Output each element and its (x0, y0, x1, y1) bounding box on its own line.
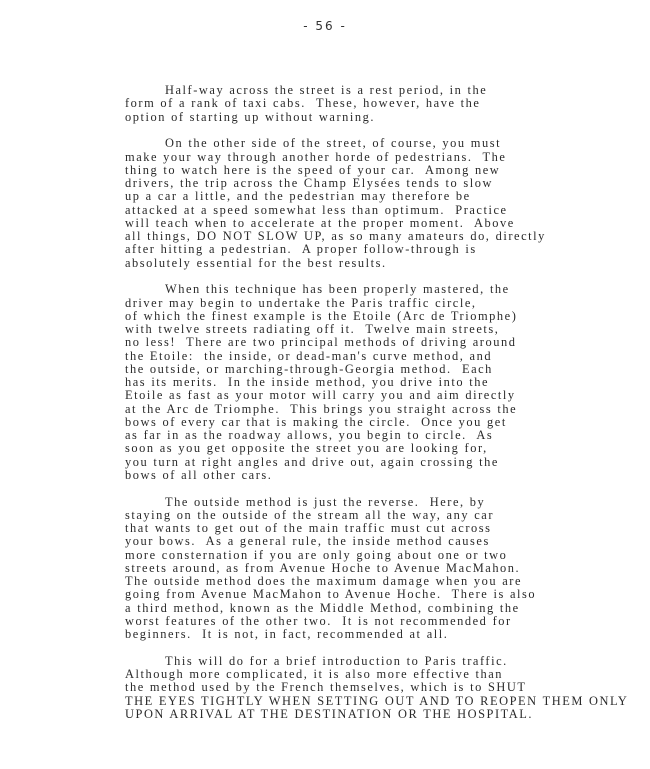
paragraph-etoile: When this technique has been properly ma… (125, 283, 650, 482)
text-line: the outside, or marching-through-Georgia… (125, 363, 650, 376)
paragraph-conclusion: This will do for a brief introduction to… (125, 655, 650, 721)
text-line: the method used by the French themselves… (125, 681, 650, 694)
text-line: attacked at a speed somewhat less than o… (125, 204, 650, 217)
document-body: Half-way across the street is a rest per… (125, 84, 650, 735)
text-line: THE EYES TIGHTLY WHEN SETTING OUT AND TO… (125, 695, 650, 708)
text-line: Although more complicated, it is also mo… (125, 668, 650, 681)
text-line: Half-way across the street is a rest per… (125, 84, 650, 97)
text-line: Etoile as fast as your motor will carry … (125, 389, 650, 402)
text-line: going from Avenue MacMahon to Avenue Hoc… (125, 588, 650, 601)
text-line: When this technique has been properly ma… (125, 283, 650, 296)
text-line: with twelve streets radiating off it. Tw… (125, 323, 650, 336)
text-line: The outside method does the maximum dama… (125, 575, 650, 588)
paragraph-taxi-cabs: Half-way across the street is a rest per… (125, 84, 650, 124)
text-line: after hitting a pedestrian. A proper fol… (125, 243, 650, 256)
page-number: - 56 - (0, 19, 650, 33)
paragraph-outside-method: The outside method is just the reverse. … (125, 496, 650, 642)
text-line: bows of every car that is making the cir… (125, 416, 650, 429)
text-line: driver may begin to undertake the Paris … (125, 297, 650, 310)
text-line: at the Arc de Triomphe. This brings you … (125, 403, 650, 416)
text-line: make your way through another horde of p… (125, 151, 650, 164)
text-line: no less! There are two principal methods… (125, 336, 650, 349)
text-line: beginners. It is not, in fact, recommend… (125, 628, 650, 641)
text-line: as far in as the roadway allows, you beg… (125, 429, 650, 442)
text-line: This will do for a brief introduction to… (125, 655, 650, 668)
text-line: UPON ARRIVAL AT THE DESTINATION OR THE H… (125, 708, 650, 721)
text-line: of which the finest example is the Etoil… (125, 310, 650, 323)
text-line: will teach when to accelerate at the pro… (125, 217, 650, 230)
text-line: you turn at right angles and drive out, … (125, 456, 650, 469)
text-line: The outside method is just the reverse. … (125, 496, 650, 509)
paragraph-pedestrians: On the other side of the street, of cour… (125, 137, 650, 270)
text-line: up a car a little, and the pedestrian ma… (125, 190, 650, 203)
text-line: your bows. As a general rule, the inside… (125, 535, 650, 548)
text-line: all things, DO NOT SLOW UP, as so many a… (125, 230, 650, 243)
text-line: more consternation if you are only going… (125, 549, 650, 562)
text-line: staying on the outside of the stream all… (125, 509, 650, 522)
text-line: the Etoile: the inside, or dead-man's cu… (125, 350, 650, 363)
text-line: drivers, the trip across the Champ Elysé… (125, 177, 650, 190)
text-line: On the other side of the street, of cour… (125, 137, 650, 150)
text-line: soon as you get opposite the street you … (125, 442, 650, 455)
text-line: form of a rank of taxi cabs. These, howe… (125, 97, 650, 110)
text-line: has its merits. In the inside method, yo… (125, 376, 650, 389)
text-line: streets around, as from Avenue Hoche to … (125, 562, 650, 575)
text-line: a third method, known as the Middle Meth… (125, 602, 650, 615)
text-line: thing to watch here is the speed of your… (125, 164, 650, 177)
text-line: worst features of the other two. It is n… (125, 615, 650, 628)
text-line: bows of all other cars. (125, 469, 650, 482)
text-line: option of starting up without warning. (125, 111, 650, 124)
text-line: absolutely essential for the best result… (125, 257, 650, 270)
text-line: that wants to get out of the main traffi… (125, 522, 650, 535)
